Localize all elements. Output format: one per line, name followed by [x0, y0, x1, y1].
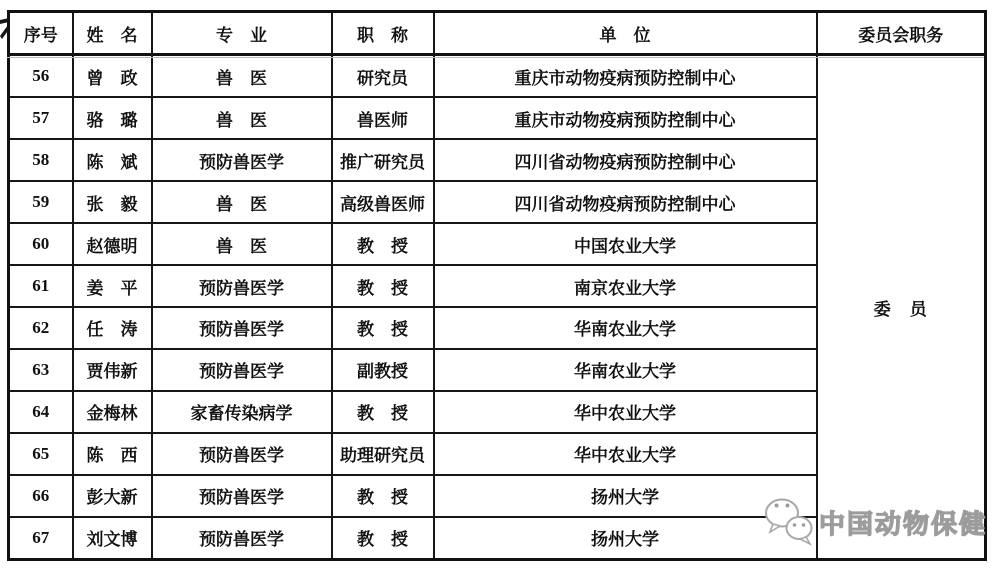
row-number-cell: 63	[9, 349, 73, 391]
row-number-cell: 62	[9, 307, 73, 349]
row-number-cell: 65	[9, 433, 73, 475]
row-number-cell: 67	[9, 517, 73, 560]
header-no: 序号	[9, 12, 73, 55]
header-title: 职 称	[332, 12, 434, 55]
table-row: 56曾 政兽 医研究员重庆市动物疫病预防控制中心委 员	[9, 55, 986, 98]
major-cell: 预防兽医学	[152, 517, 332, 560]
unit-cell: 华南农业大学	[434, 307, 817, 349]
major-cell: 兽 医	[152, 55, 332, 98]
header-name: 姓 名	[73, 12, 152, 55]
major-cell: 兽 医	[152, 223, 332, 265]
row-number-cell: 56	[9, 55, 73, 98]
header-unit: 单 位	[434, 12, 817, 55]
member-name-cell: 刘文博	[73, 517, 152, 560]
row-number-cell: 60	[9, 223, 73, 265]
unit-cell: 南京农业大学	[434, 265, 817, 307]
unit-cell: 华中农业大学	[434, 391, 817, 433]
unit-cell: 重庆市动物疫病预防控制中心	[434, 55, 817, 98]
committee-role-cell: 委 员	[817, 55, 986, 560]
member-name-cell: 张 毅	[73, 181, 152, 223]
unit-cell: 中国农业大学	[434, 223, 817, 265]
row-number-cell: 66	[9, 475, 73, 517]
major-cell: 预防兽医学	[152, 475, 332, 517]
member-name-cell: 金梅林	[73, 391, 152, 433]
table-body: 56曾 政兽 医研究员重庆市动物疫病预防控制中心委 员57骆 璐兽 医兽医师重庆…	[9, 55, 986, 560]
job-title-cell: 兽医师	[332, 97, 434, 139]
major-cell: 兽 医	[152, 181, 332, 223]
job-title-cell: 教 授	[332, 223, 434, 265]
watermark-text: 中国动物保健	[819, 511, 987, 537]
member-name-cell: 姜 平	[73, 265, 152, 307]
job-title-cell: 教 授	[332, 391, 434, 433]
major-cell: 兽 医	[152, 97, 332, 139]
row-number-cell: 61	[9, 265, 73, 307]
unit-cell: 四川省动物疫病预防控制中心	[434, 181, 817, 223]
unit-cell: 华中农业大学	[434, 433, 817, 475]
header-major: 专 业	[152, 12, 332, 55]
job-title-cell: 教 授	[332, 307, 434, 349]
member-name-cell: 陈 西	[73, 433, 152, 475]
job-title-cell: 推广研究员	[332, 139, 434, 181]
member-name-cell: 赵德明	[73, 223, 152, 265]
major-cell: 预防兽医学	[152, 139, 332, 181]
job-title-cell: 教 授	[332, 475, 434, 517]
member-name-cell: 任 涛	[73, 307, 152, 349]
major-cell: 预防兽医学	[152, 307, 332, 349]
table-header: 序号 姓 名 专 业 职 称 单 位 委员会职务	[9, 12, 986, 55]
member-name-cell: 陈 斌	[73, 139, 152, 181]
clipped-character-fragment	[0, 17, 10, 43]
major-cell: 家畜传染病学	[152, 391, 332, 433]
unit-cell: 扬州大学	[434, 517, 817, 560]
wechat-bubbles-icon	[763, 496, 815, 551]
job-title-cell: 教 授	[332, 517, 434, 560]
committee-roster-table: 序号 姓 名 专 业 职 称 单 位 委员会职务 56曾 政兽 医研究员重庆市动…	[7, 10, 987, 561]
row-number-cell: 58	[9, 139, 73, 181]
row-number-cell: 64	[9, 391, 73, 433]
unit-cell: 华南农业大学	[434, 349, 817, 391]
job-title-cell: 副教授	[332, 349, 434, 391]
job-title-cell: 高级兽医师	[332, 181, 434, 223]
job-title-cell: 研究员	[332, 55, 434, 98]
row-number-cell: 57	[9, 97, 73, 139]
unit-cell: 重庆市动物疫病预防控制中心	[434, 97, 817, 139]
unit-cell: 扬州大学	[434, 475, 817, 517]
member-name-cell: 彭大新	[73, 475, 152, 517]
watermark: 中国动物保健	[763, 496, 987, 551]
major-cell: 预防兽医学	[152, 349, 332, 391]
job-title-cell: 教 授	[332, 265, 434, 307]
header-committee: 委员会职务	[817, 12, 986, 55]
major-cell: 预防兽医学	[152, 433, 332, 475]
major-cell: 预防兽医学	[152, 265, 332, 307]
member-name-cell: 贾伟新	[73, 349, 152, 391]
member-name-cell: 曾 政	[73, 55, 152, 98]
job-title-cell: 助理研究员	[332, 433, 434, 475]
unit-cell: 四川省动物疫病预防控制中心	[434, 139, 817, 181]
row-number-cell: 59	[9, 181, 73, 223]
header-row: 序号 姓 名 专 业 职 称 单 位 委员会职务	[9, 12, 986, 55]
document-page: { "table": { "headers": ["序号", "姓 名", "专…	[0, 0, 994, 574]
member-name-cell: 骆 璐	[73, 97, 152, 139]
